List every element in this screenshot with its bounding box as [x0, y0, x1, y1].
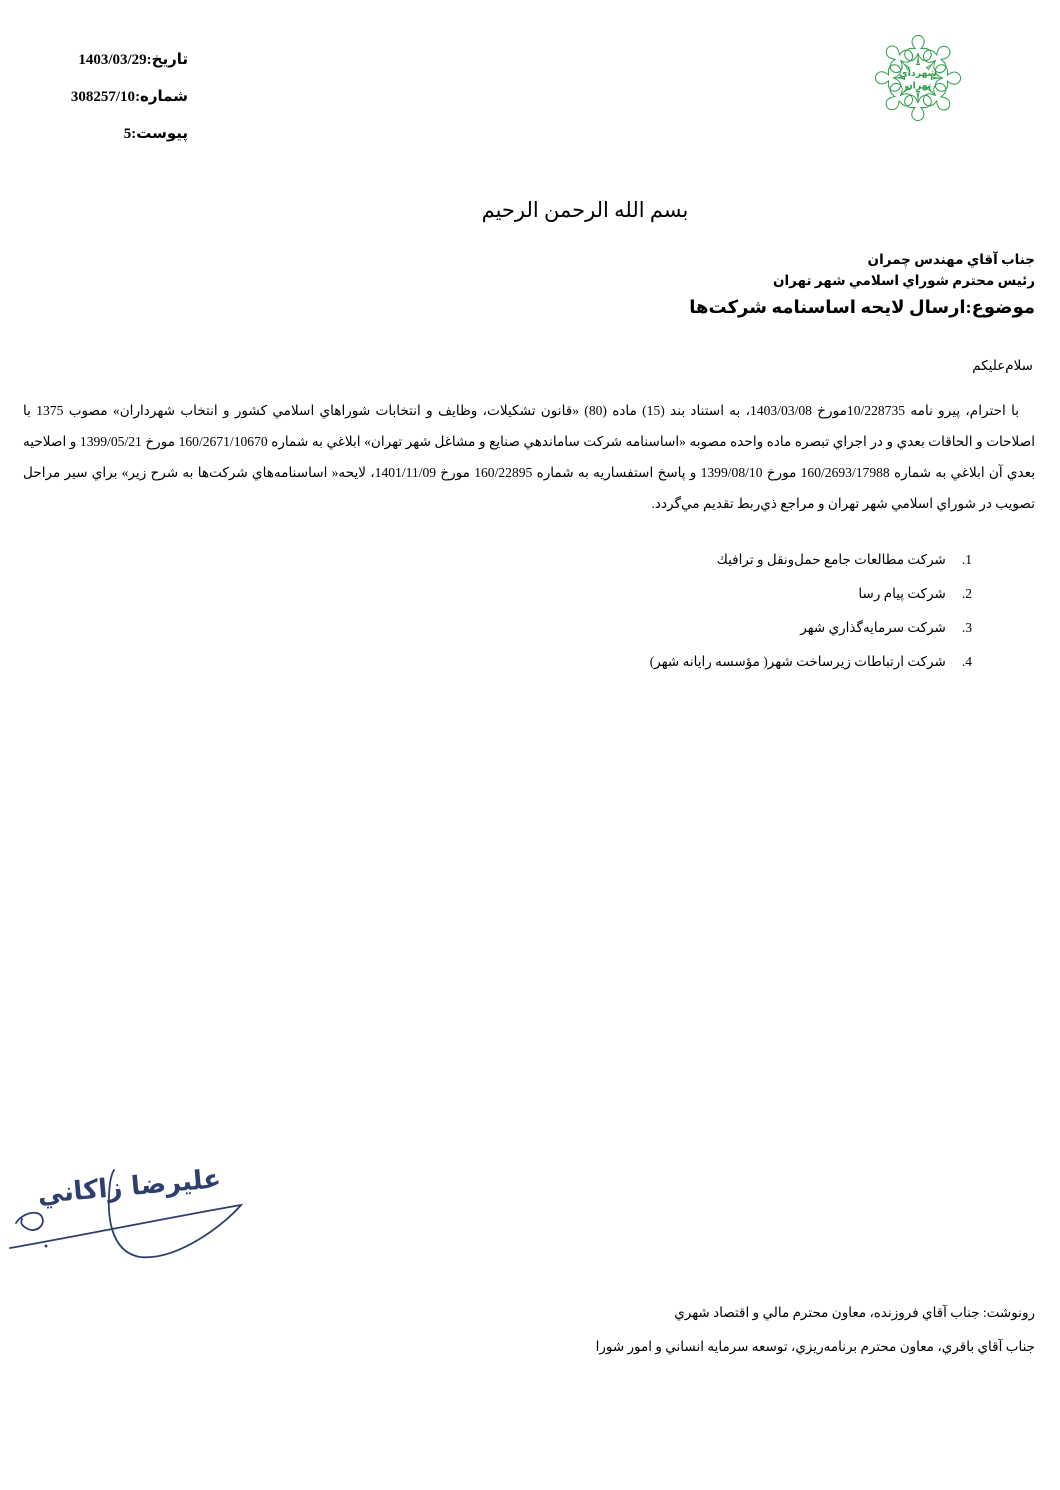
signature-name: عليرضا زاكاني — [36, 1164, 222, 1210]
logo-flower-icon: ♧ ♧ ♧ ♧ ♧ ♧ ♧ ♧ شهرداي تهران — [858, 22, 978, 134]
signature-scribble — [16, 1213, 43, 1230]
subject-line: موضوع:ارسال لايحه اساسنامه شركت‌ها — [689, 297, 1035, 318]
logo-center-text: شهرداي — [899, 68, 937, 79]
item-number: 4. — [962, 645, 972, 679]
letterhead-meta: تاريخ:1403/03/29 شماره:308257/10 پيوست:5 — [46, 42, 188, 153]
recipient-block: جناب آقاي مهندس چمران رئيس محترم شوراي ا… — [773, 249, 1035, 291]
item-number: 2. — [962, 577, 972, 611]
signature-flourish-icon: عليرضا زاكاني — [8, 1143, 320, 1281]
recipient-title: رئيس محترم شوراي اسلامي شهر تهران — [773, 270, 1035, 291]
item-name: شركت سرمايه‌گذاري شهر — [800, 620, 946, 635]
signature-block: عليرضا زاكاني — [8, 1143, 320, 1281]
logo-center-text: تهران — [905, 80, 932, 91]
item-number: 3. — [962, 611, 972, 645]
signature-dot — [45, 1245, 48, 1248]
attachment-field: پيوست:5 — [46, 116, 188, 153]
list-item: 2.شركت پيام رسا — [650, 577, 972, 611]
companies-list: 1.شركت مطالعات جامع حمل‌ونقل و ترافيك 2.… — [650, 543, 972, 679]
number-field: شماره:308257/10 — [46, 79, 188, 116]
greeting: سلام‌عليكم — [972, 358, 1033, 374]
list-item: 3.شركت سرمايه‌گذاري شهر — [650, 611, 972, 645]
cc-block: رونوشت: جناب آقاي فروزنده، معاون محترم م… — [596, 1296, 1035, 1364]
item-name: شركت ارتباطات زيرساخت شهر( مؤسسه رايانه … — [650, 654, 946, 669]
bismillah: بسم الله الرحمن الرحيم — [150, 198, 1020, 223]
cc-line-2: جناب آقاي باقري، معاون محترم برنامه‌ريزي… — [596, 1330, 1035, 1364]
tehran-municipality-logo: ♧ ♧ ♧ ♧ ♧ ♧ ♧ ♧ شهرداي تهران — [858, 22, 978, 134]
item-name: شركت مطالعات جامع حمل‌ونقل و ترافيك — [717, 552, 946, 567]
cc-line-1: رونوشت: جناب آقاي فروزنده، معاون محترم م… — [596, 1296, 1035, 1330]
letter-page: تاريخ:1403/03/29 شماره:308257/10 پيوست:5… — [0, 0, 1060, 1490]
item-number: 1. — [962, 543, 972, 577]
body-paragraph: با احترام، پيرو نامه 10/228735مورخ 1403/… — [23, 395, 1035, 519]
list-item: 1.شركت مطالعات جامع حمل‌ونقل و ترافيك — [650, 543, 972, 577]
date-field: تاريخ:1403/03/29 — [46, 42, 188, 79]
recipient-name: جناب آقاي مهندس چمران — [773, 249, 1035, 270]
item-name: شركت پيام رسا — [858, 586, 945, 601]
list-item: 4.شركت ارتباطات زيرساخت شهر( مؤسسه رايان… — [650, 645, 972, 679]
